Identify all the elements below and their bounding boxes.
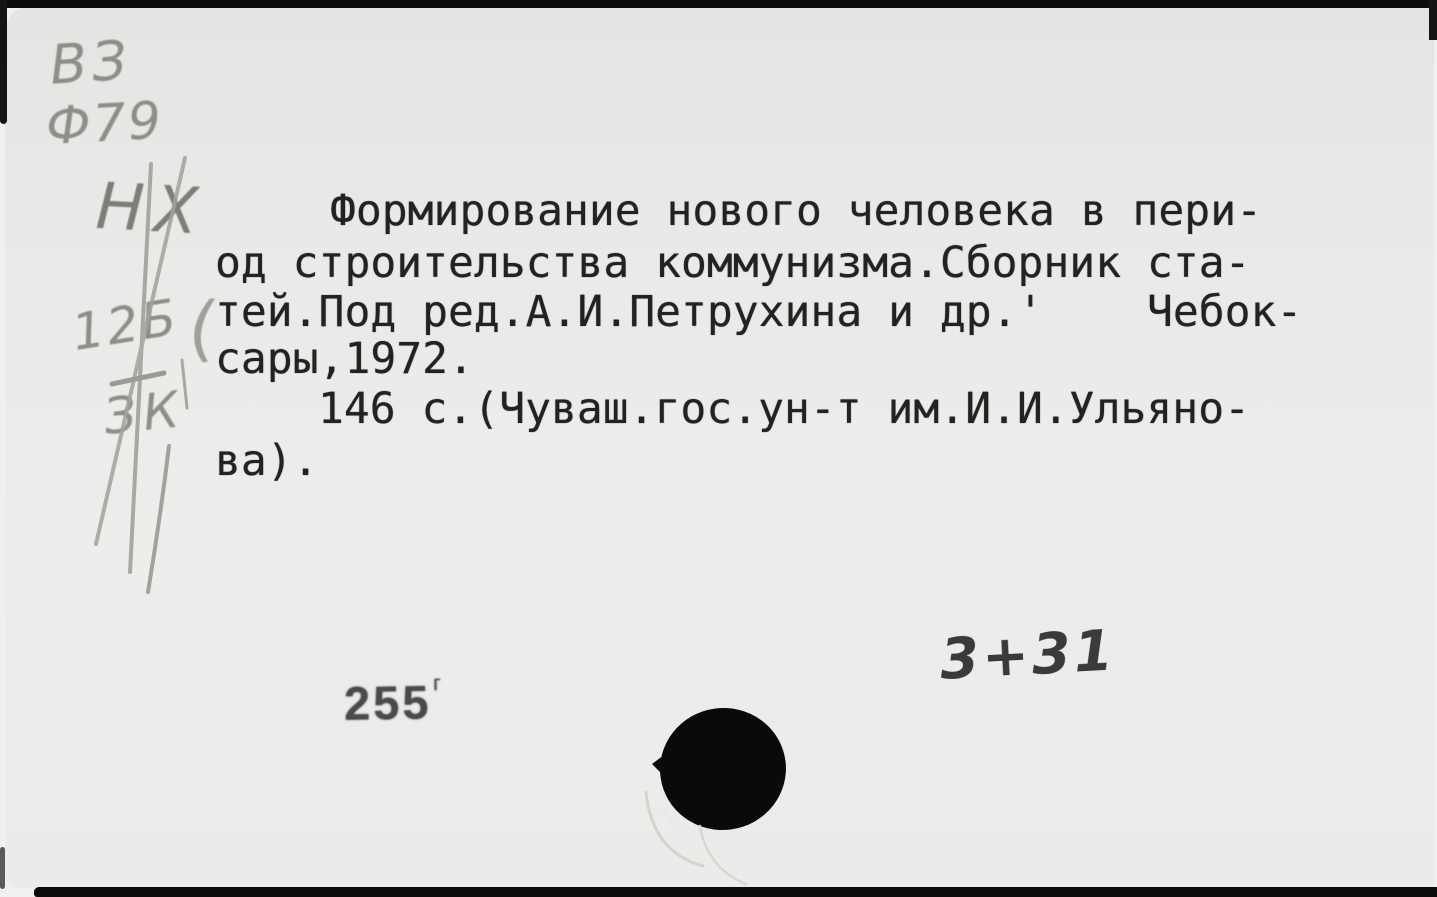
pencil-call-number-bottom: ЗК bbox=[102, 384, 188, 442]
stamp-number: 255 bbox=[344, 675, 432, 730]
scan-edge-top bbox=[0, 0, 1437, 8]
stamp-superscript: г bbox=[433, 672, 444, 695]
typed-line: сары,1972. bbox=[215, 338, 474, 381]
catalog-card-scan: ВЗ Ф79 НХ 12Б ЗК ( Формирование нового ч… bbox=[0, 0, 1437, 897]
handwritten-note: 3+31 bbox=[939, 623, 1118, 688]
pencil-shelf-code-line1: ВЗ bbox=[48, 33, 133, 93]
scan-edge-left bbox=[0, 0, 7, 124]
scan-edge-bottom bbox=[34, 887, 1437, 897]
pencil-shelf-code-line2: Ф79 bbox=[45, 95, 164, 153]
typed-line: 146 с.(Чуваш.гос.ун-т им.И.И.Ульяно- bbox=[318, 388, 1250, 431]
typed-line: Формирование нового человека в пери- bbox=[330, 190, 1262, 233]
inventory-stamp: 255г bbox=[344, 673, 445, 727]
typed-line: од строительства коммунизма.Сборник ста- bbox=[215, 242, 1251, 285]
scan-edge-right bbox=[1429, 0, 1437, 40]
scan-edge-bottom-left bbox=[0, 847, 5, 889]
typed-line: тей.Под ред.А.И.Петрухина и др.' Чебок- bbox=[215, 291, 1302, 334]
typed-line: ва). bbox=[215, 440, 319, 483]
pencil-crossed-class-mark: НХ bbox=[94, 175, 209, 245]
